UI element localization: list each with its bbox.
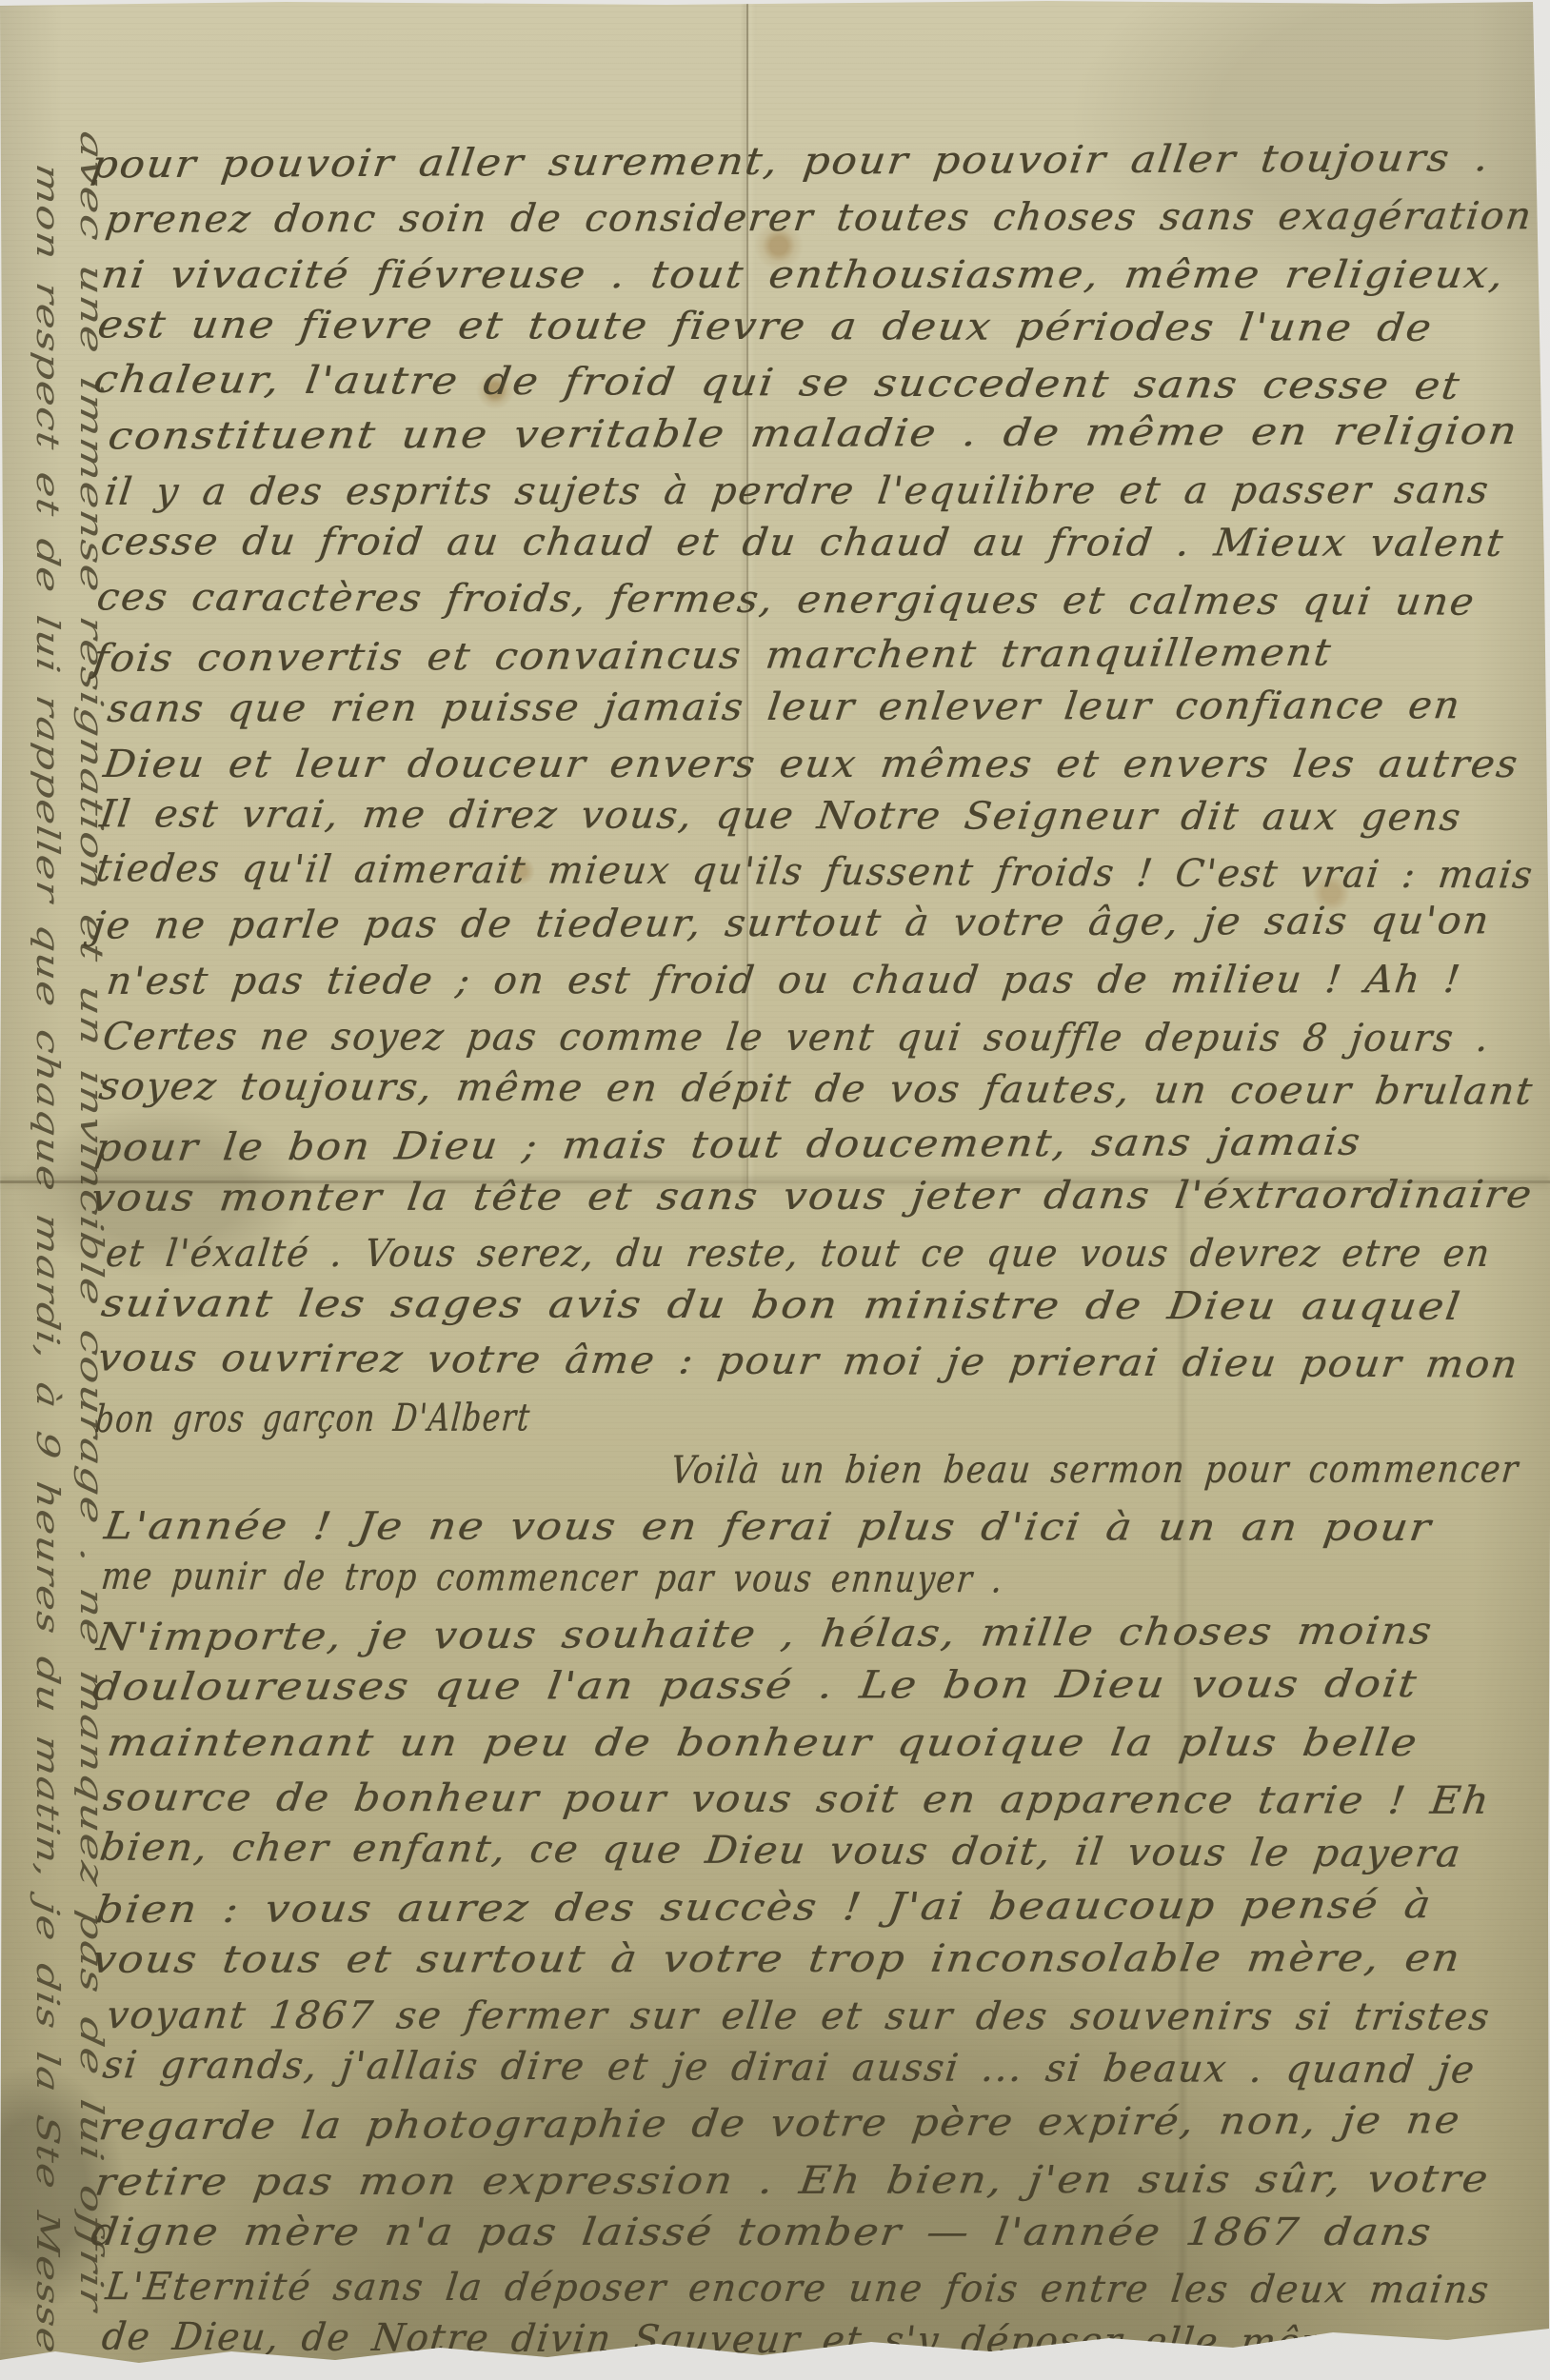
letter-line: bien : vous aurez des succès ! J'ai beau… — [99, 1884, 1293, 1933]
letter-line: et l'éxalté . Vous serez, du reste, tout… — [109, 1232, 1550, 1276]
letter-line: vous monter la tête et sans vous jeter d… — [94, 1173, 1428, 1220]
letter-line: voyant 1867 se fermer sur elle et sur de… — [109, 1993, 1492, 2039]
letter-line: pour pouvoir aller surement, pour pouvoi… — [94, 136, 1386, 187]
letter-line: si grands, j'allais dire et je dirai aus… — [106, 2043, 1490, 2092]
letter-line: de Dieu, de Notre divin Sauveur et s'y d… — [105, 2315, 1412, 2366]
letter-line: retire pas mon expression . Eh bien, j'e… — [98, 2157, 1357, 2204]
letter-line: chaleur, l'autre de froid qui se succede… — [97, 358, 1338, 407]
letter-line: digne mère n'a pas laissé tomber — l'ann… — [94, 2211, 1325, 2254]
letter-line: suivant les sages avis du bon ministre d… — [105, 1281, 1320, 1328]
letter-line: bien, cher enfant, ce que Dieu vous doit… — [103, 1826, 1421, 1876]
letter-line: N'importe, je vous souhaite , hélas, mil… — [100, 1610, 1332, 1659]
letter-line: Il est vrai, me direz vous, que Notre Se… — [103, 792, 1441, 839]
letter-line: je ne parle pas de tiedeur, surtout à vo… — [95, 900, 1464, 948]
scan-backdrop: pour pouvoir aller surement, pour pouvoi… — [0, 0, 1550, 2380]
letter-line: regarde la photographie de votre père ex… — [102, 2099, 1376, 2150]
letter-line: douloureuses que l'an passé . Le bon Die… — [96, 1663, 1273, 1710]
letter-line: bon gros garçon D'Albert — [97, 1396, 657, 1441]
letter-line: pour le bon Dieu ; mais tout doucement, … — [98, 1121, 1287, 1170]
letter-line: ces caractères froids, fermes, energique… — [100, 575, 1435, 624]
letter-line: cesse du froid au chaud et du chaud au f… — [104, 520, 1469, 565]
letter-line: il y a des esprits sujets à perdre l'equ… — [108, 468, 1479, 514]
letter-line: prenez donc soin de considerer toutes ch… — [109, 194, 1515, 242]
letter-line: n'est pas tiede ; on est froid ou chaud … — [109, 958, 1460, 1003]
margin-line: avec une immense resignation et un invin… — [73, 135, 110, 1656]
letter-line: L'Eternité sans la déposer encore une fo… — [109, 2266, 1543, 2313]
letter-line: Dieu et leur douceur envers eux mêmes et… — [107, 743, 1465, 786]
letter-line: source de bonheur pour vous soit en appa… — [107, 1776, 1415, 1823]
letter-line: constituent une veritable maladie . de m… — [111, 410, 1368, 459]
letter-line: ni vivacité fiévreuse . tout enthousiasm… — [105, 253, 1392, 297]
letter-page: pour pouvoir aller surement, pour pouvoi… — [0, 0, 1550, 2380]
letter-line: fois convertis et convaincus marchent tr… — [96, 631, 1271, 681]
letter-line: L'année ! Je ne vous en ferai plus d'ici… — [108, 1504, 1305, 1550]
letter-line: vous ouvrirez votre âme : pour moi je pr… — [101, 1337, 1467, 1387]
margin-line: mon respect et de lui rappeller que chaq… — [30, 168, 67, 1805]
letter-line: maintenant un peu de bonheur quoique la … — [110, 1721, 1285, 1765]
letter-line: Certes ne soyez pas comme le vent qui so… — [106, 1015, 1529, 1061]
letter-line: vous tous et surtout à votre trop incons… — [95, 1936, 1340, 1982]
letter-line: soyez toujours, même en dépit de vos fau… — [102, 1064, 1509, 1113]
letter-line: sans que rien puisse jamais leur enlever… — [110, 684, 1422, 731]
letter-line: me punir de trop commencer par vous ennu… — [104, 1554, 1195, 1601]
letter-line: tiedes qu'il aimerait mieux qu'ils fusse… — [99, 847, 1550, 899]
letter-line: est une fievre et toute fievre a deux pé… — [101, 303, 1325, 349]
letter-line: Voilà un bien beau sermon pour commencer — [673, 1447, 1550, 1492]
